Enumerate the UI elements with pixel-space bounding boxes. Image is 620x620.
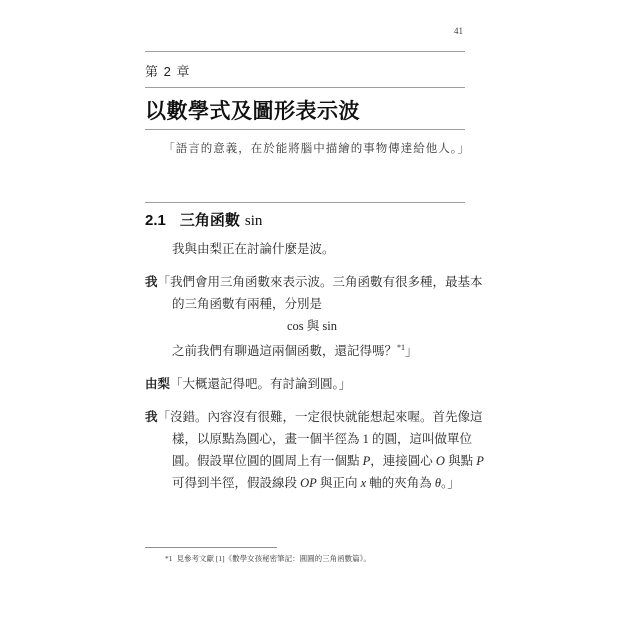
section-title: 三角函數	[180, 212, 240, 229]
title-rule	[145, 129, 465, 130]
chapter-title: 以數學式及圖形表示波	[145, 95, 360, 125]
page-number: 41	[145, 26, 463, 36]
dialogue-line-me: 之前我們有聊過這兩個函數，還記得嗎？*1」	[145, 337, 479, 362]
footnote-text: 見參考文獻 [1]《數學女孩秘密筆記：圓圓的三角函數篇》。	[177, 554, 371, 563]
section-number: 2.1	[145, 212, 166, 229]
chapter-rule	[145, 87, 465, 88]
dialogue-line-me: 樣，以原點為圓心，畫一個半徑為 1 的圓，這叫做單位	[145, 428, 479, 450]
chapter-label: 第 2 章	[145, 61, 190, 80]
section-title-roman: sin	[245, 213, 263, 229]
narration-line: 我與由梨正在討論什麼是波。	[145, 238, 479, 260]
dialogue-line-me: 圓。假設單位圓的圓周上有一個點 P，連接圓心 O 與點 P	[145, 450, 479, 472]
dialogue-line-me: 我「我們會用三角函數來表示波。三角函數有很多種，最基本	[145, 271, 479, 293]
formula-line: cos 與 sin	[145, 315, 479, 337]
book-page: 41 第 2 章 以數學式及圖形表示波 「語言的意義，在於能將腦中描繪的事物傳達…	[0, 0, 620, 620]
body-text: 我與由梨正在討論什麼是波。我「我們會用三角函數來表示波。三角函數有很多種，最基本…	[145, 238, 479, 494]
footnote-rule	[145, 547, 277, 548]
epigraph-quote: 「語言的意義，在於能將腦中描繪的事物傳達給他人。」	[145, 140, 470, 156]
dialogue-line-me: 我「沒錯。內容沒有很難，一定很快就能想起來喔。首先像這	[145, 406, 479, 428]
footnote-marker: *1	[165, 554, 173, 563]
footnote: *1見參考文獻 [1]《數學女孩秘密筆記：圓圓的三角函數篇》。	[165, 553, 371, 565]
section-heading: 2.1三角函數sin	[145, 209, 262, 230]
dialogue-line-me: 的三角函數有兩種，分別是	[145, 293, 479, 315]
section-rule	[145, 202, 465, 203]
dialogue-line-me: 可得到半徑，假設線段 OP 與正向 x 軸的夾角為 θ。」	[145, 472, 479, 494]
header-rule	[145, 51, 465, 52]
dialogue-line-yuri: 由梨「大概還記得吧。有討論到圓。」	[145, 373, 479, 395]
